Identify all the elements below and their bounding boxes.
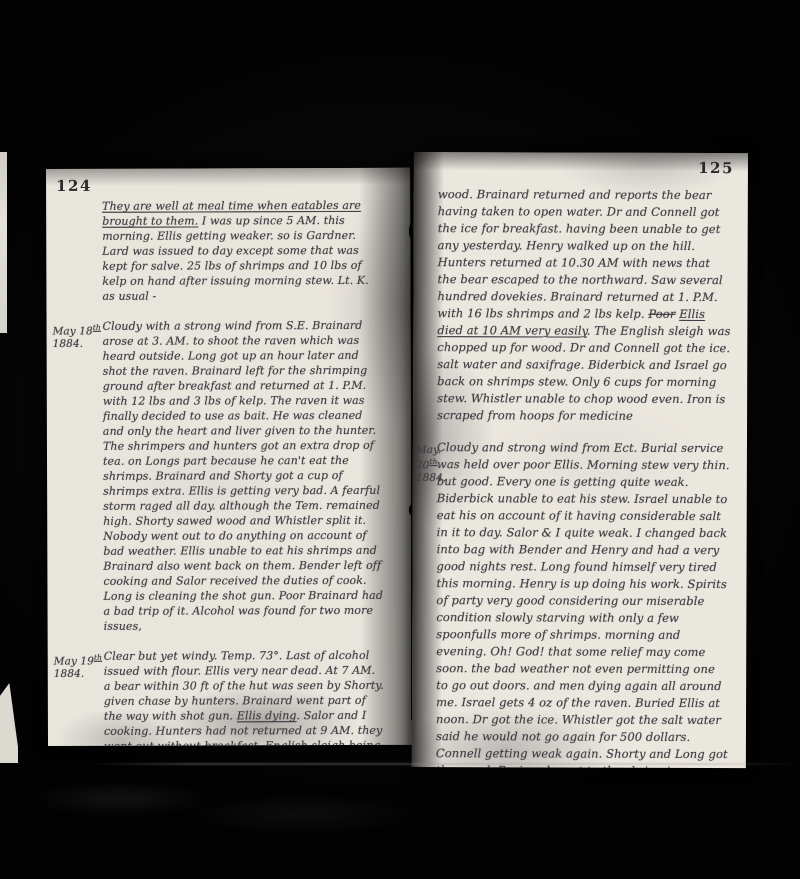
right-page-entries: wood. Brainard returned and reports the … — [412, 186, 748, 768]
diary-entry: wood. Brainard returned and reports the … — [437, 186, 732, 425]
entry-text: Clear but yet windy. Temp. 73°. Last of … — [104, 648, 384, 746]
film-edge-strip-bottom — [0, 683, 18, 763]
diary-photo-scan: 124 They are well at meal time when eata… — [0, 0, 800, 879]
scan-scratch-line — [85, 763, 800, 765]
entry-date: May. 20th1884. — [416, 441, 464, 484]
entry-text: Cloudy and strong wind from Ect. Burial … — [436, 439, 731, 768]
page-number-right: 125 — [414, 158, 734, 177]
diary-entry: May 19th1884.Clear but yet windy. Temp. … — [54, 648, 384, 746]
text-segment: wood. Brainard returned and reports the … — [437, 187, 722, 321]
page-number-left: 124 — [56, 176, 410, 195]
left-page-entries: They are well at meal time when eatables… — [46, 198, 412, 746]
entry-date: May 19th1884. — [54, 649, 104, 746]
text-segment: . The English sleigh was chopped up for … — [437, 324, 731, 423]
text-segment: Ellis dying — [237, 709, 297, 722]
diary-entry: May 18th1884.Cloudy with a strong wind f… — [53, 318, 384, 634]
diary-page-right: 125 wood. Brainard returned and reports … — [412, 152, 748, 768]
entry-date: May 18th1884. — [53, 319, 104, 634]
bottom-ghost-smudge — [30, 770, 480, 842]
diary-entry: They are well at meal time when eatables… — [52, 198, 382, 304]
diary-page-left: 124 They are well at meal time when eata… — [46, 168, 412, 746]
text-segment: Cloudy with a strong wind from S.E. Brai… — [103, 319, 383, 633]
entry-text: They are well at meal time when eatables… — [102, 198, 382, 304]
entry-text: Cloudy with a strong wind from S.E. Brai… — [103, 318, 384, 634]
film-edge-strip-top — [0, 152, 7, 333]
diary-entry: May. 20th1884.Cloudy and strong wind fro… — [436, 439, 731, 768]
entry-date — [52, 199, 102, 304]
text-segment: Cloudy and strong wind from Ect. Burial … — [436, 440, 730, 768]
entry-text: wood. Brainard returned and reports the … — [437, 186, 732, 425]
text-segment: Poor — [648, 307, 675, 321]
entry-date — [417, 188, 465, 191]
